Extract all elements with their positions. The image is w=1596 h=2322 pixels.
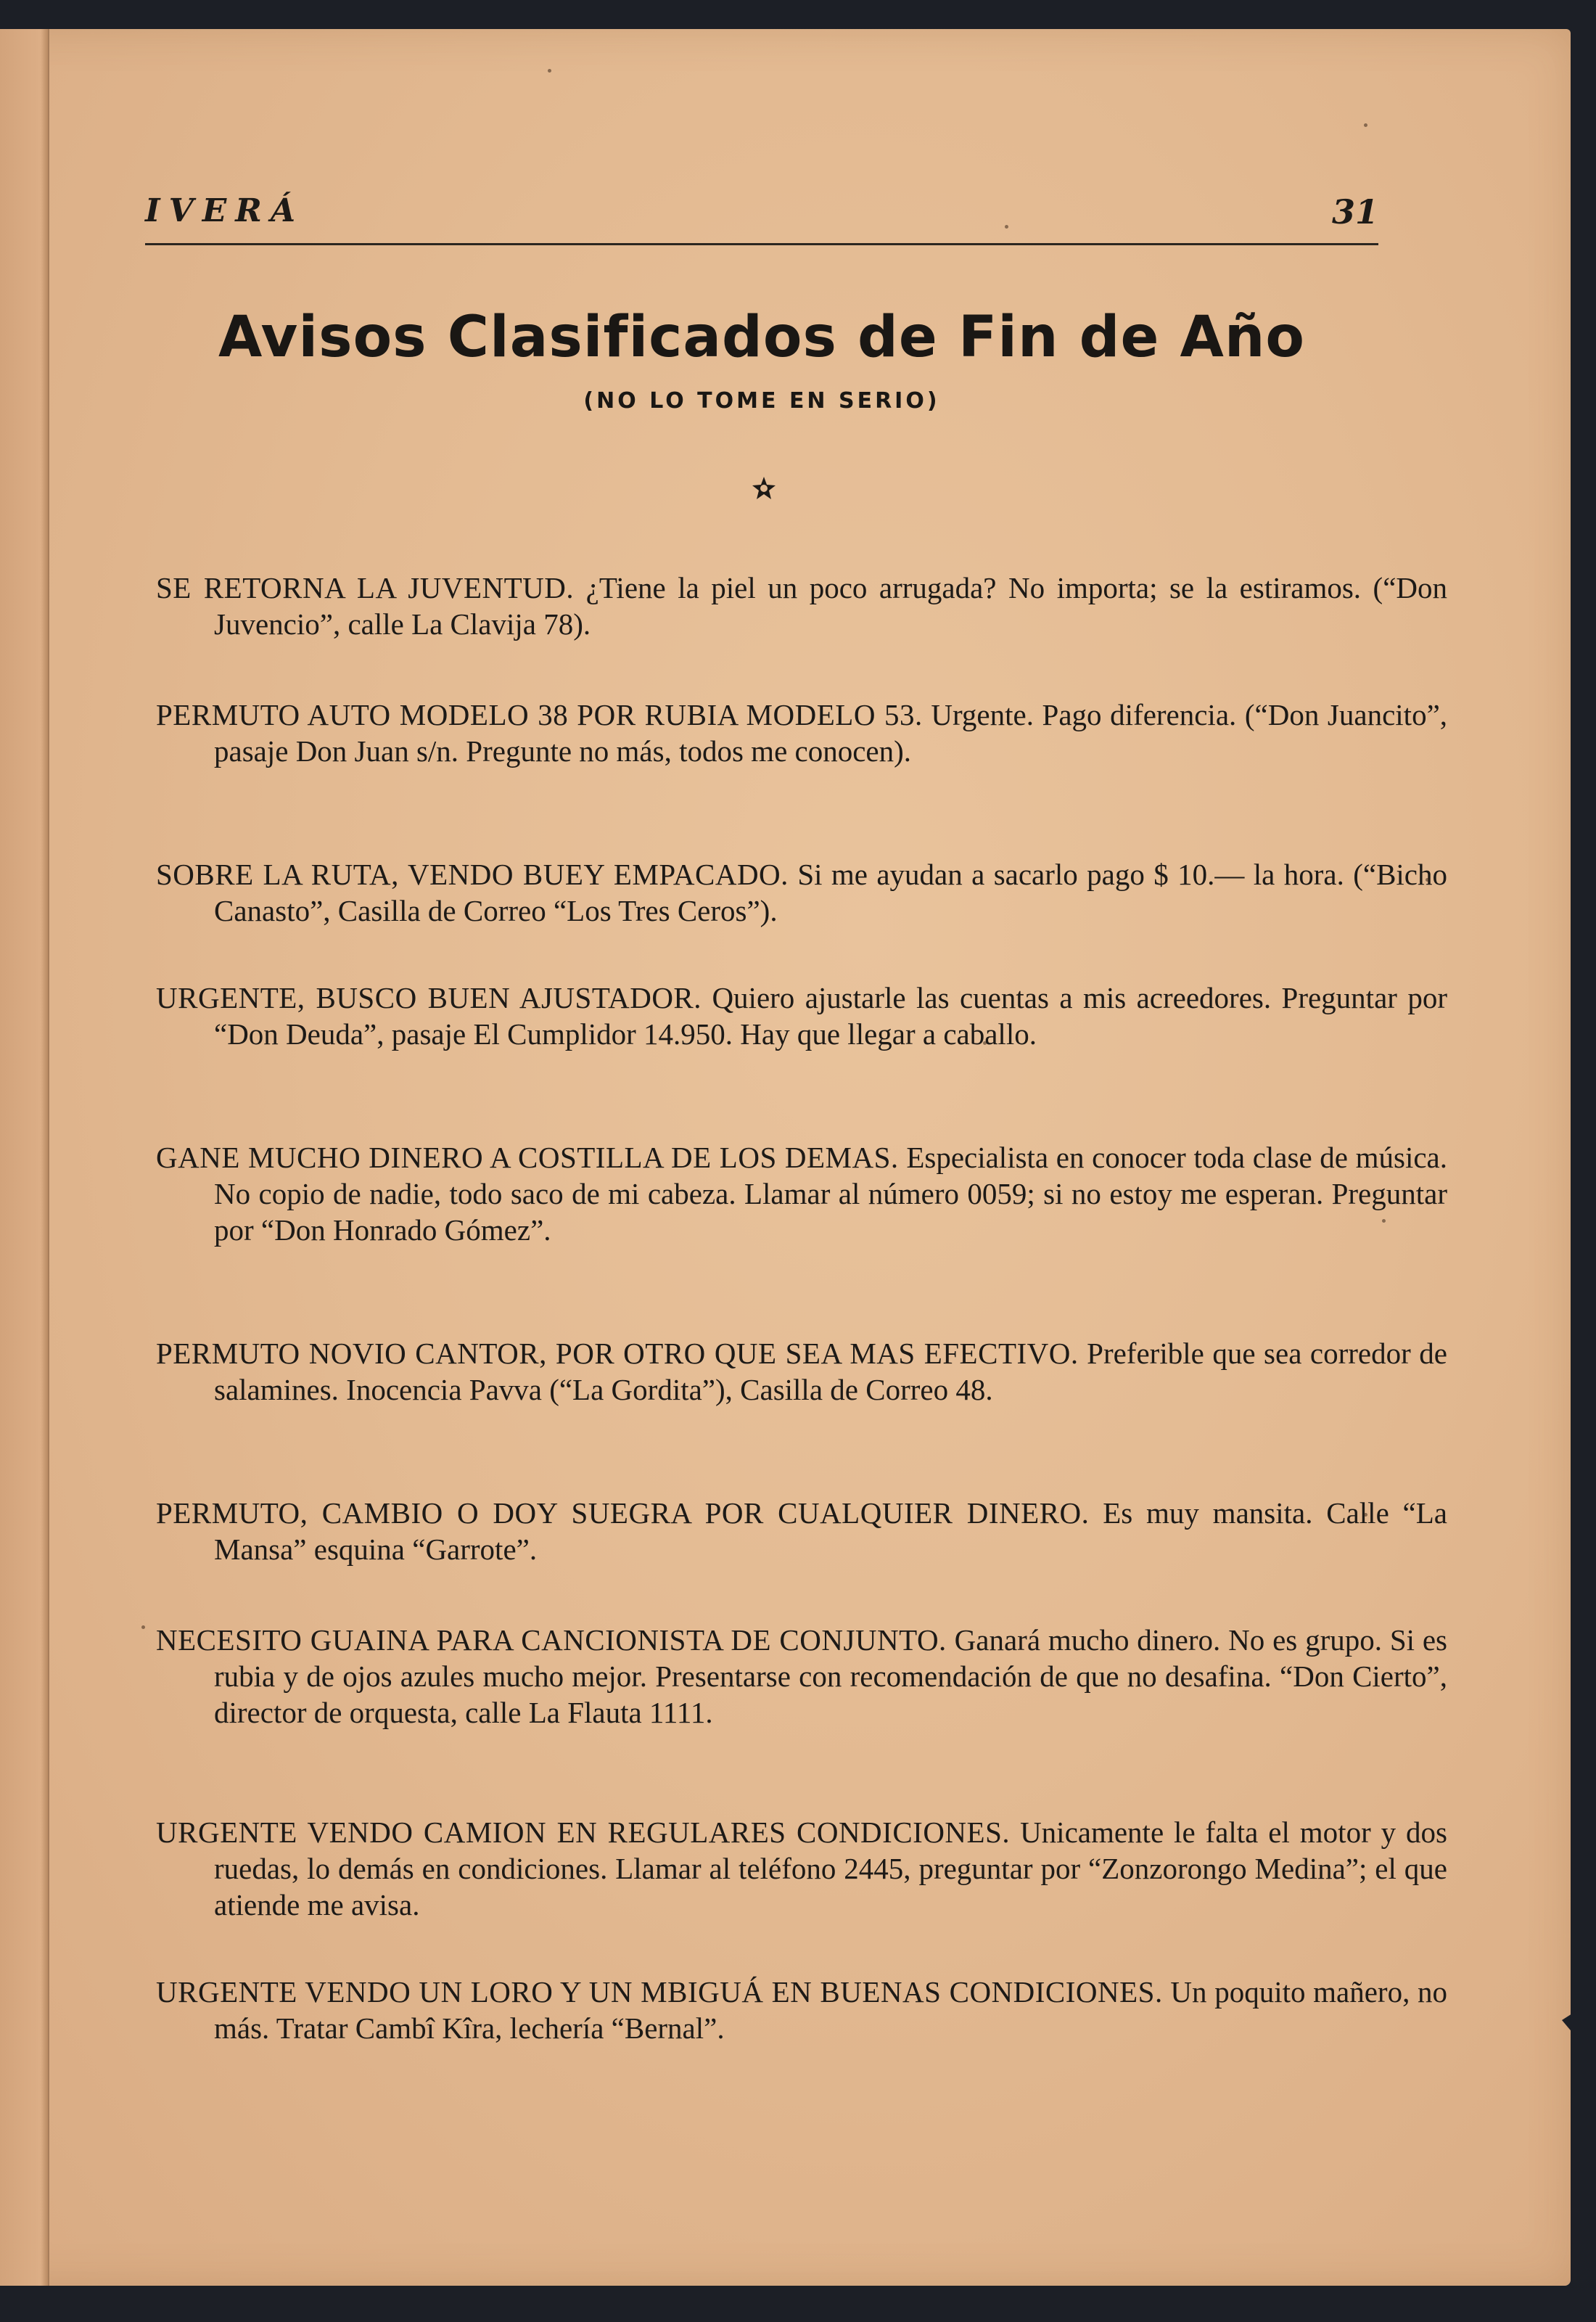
- scanned-page-background: IVERÁ 31 Avisos Clasificados de Fin de A…: [0, 0, 1596, 2322]
- paper-speck: [548, 69, 551, 73]
- header-rule: [145, 243, 1378, 245]
- ad-headline: NECESITO GUAINA PARA CANCIONISTA DE CONJ…: [156, 1623, 947, 1657]
- classified-ad: SOBRE LA RUTA, VENDO BUEY EMPACADO. Si m…: [156, 856, 1447, 929]
- classified-ad: URGENTE, BUSCO BUEN AJUSTADOR. Quiero aj…: [156, 980, 1447, 1052]
- paper-speck: [1364, 1513, 1367, 1517]
- ad-headline: URGENTE VENDO UN LORO Y UN MBIGUÁ EN BUE…: [156, 1975, 1163, 2009]
- ad-headline: PERMUTO NOVIO CANTOR, POR OTRO QUE SEA M…: [156, 1337, 1079, 1370]
- ad-headline: URGENTE, BUSCO BUEN AJUSTADOR.: [156, 981, 702, 1014]
- paper-speck: [141, 1625, 145, 1629]
- page-number: 31: [1332, 192, 1378, 231]
- running-title: IVERÁ: [145, 192, 304, 229]
- classified-ad: PERMUTO, CAMBIO O DOY SUEGRA POR CUALQUI…: [156, 1495, 1447, 1567]
- paper-speck: [1005, 225, 1008, 229]
- ad-headline: SE RETORNA LA JUVENTUD.: [156, 571, 574, 604]
- paper-speck: [1382, 1219, 1386, 1223]
- article-title: Avisos Clasificados de Fin de Año: [145, 305, 1378, 370]
- classified-ad: SE RETORNA LA JUVENTUD. ¿Tiene la piel u…: [156, 570, 1447, 642]
- ad-headline: PERMUTO, CAMBIO O DOY SUEGRA POR CUALQUI…: [156, 1496, 1089, 1530]
- ad-headline: PERMUTO AUTO MODELO 38 POR RUBIA MODELO …: [156, 698, 923, 731]
- page-header: IVERÁ 31: [145, 171, 1378, 250]
- article-subtitle: (NO LO TOME EN SERIO): [145, 388, 1378, 414]
- classified-ad: GANE MUCHO DINERO A COSTILLA DE LOS DEMA…: [156, 1139, 1447, 1248]
- classified-ad: URGENTE VENDO CAMION EN REGULARES CONDIC…: [156, 1814, 1447, 1923]
- ad-headline: SOBRE LA RUTA, VENDO BUEY EMPACADO.: [156, 858, 789, 891]
- classified-ad: PERMUTO NOVIO CANTOR, POR OTRO QUE SEA M…: [156, 1335, 1447, 1408]
- classified-ad: NECESITO GUAINA PARA CANCIONISTA DE CONJ…: [156, 1622, 1447, 1731]
- paper-speck: [1426, 878, 1429, 882]
- magazine-page: IVERÁ 31 Avisos Clasificados de Fin de A…: [0, 29, 1571, 2286]
- star-ornament-icon: [751, 475, 777, 501]
- classified-ad: PERMUTO AUTO MODELO 38 POR RUBIA MODELO …: [156, 697, 1447, 769]
- paper-speck: [1364, 123, 1367, 127]
- classified-ad: URGENTE VENDO UN LORO Y UN MBIGUÁ EN BUE…: [156, 1974, 1447, 2046]
- ad-headline: URGENTE VENDO CAMION EN REGULARES CONDIC…: [156, 1816, 1010, 1849]
- paper-speck: [983, 1041, 987, 1045]
- ad-headline: GANE MUCHO DINERO A COSTILLA DE LOS DEMA…: [156, 1141, 899, 1174]
